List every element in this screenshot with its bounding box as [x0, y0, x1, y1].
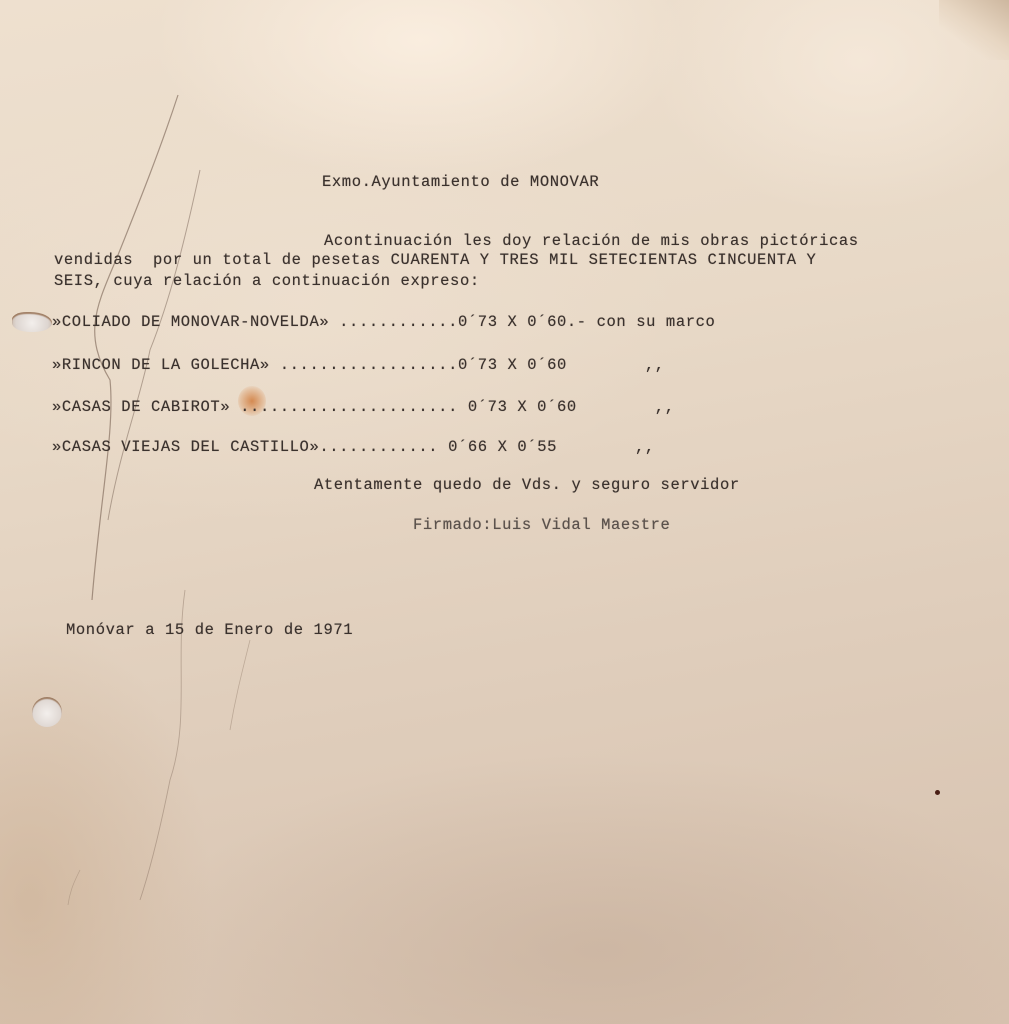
ditto-mark: ,, [635, 438, 655, 456]
paragraph-line-1: Acontinuación les doy relación de mis ob… [324, 232, 859, 250]
artwork-dimensions: 0´73 X 0´60.- con su marco [458, 313, 715, 331]
dot-leader: ............ [319, 438, 448, 456]
ditto-mark: ,, [645, 356, 665, 374]
paragraph-line-2: vendidas por un total de pesetas CUARENT… [54, 251, 816, 269]
artwork-title: »CASAS VIEJAS DEL CASTILLO» [52, 438, 319, 456]
closing-line: Atentamente quedo de Vds. y seguro servi… [314, 476, 740, 494]
artwork-title: »CASAS DE CABIROT» [52, 398, 230, 416]
artwork-list-item: »CASAS DE CABIROT» .....................… [52, 398, 675, 416]
artwork-list-item: »CASAS VIEJAS DEL CASTILLO»............ … [52, 438, 655, 456]
ditto-mark: ,, [655, 398, 675, 416]
signature-line: Firmado:Luis Vidal Maestre [413, 516, 670, 534]
paper-crease-lines [0, 0, 1009, 1024]
ink-speck [935, 790, 940, 795]
artwork-title: »COLIADO DE MONOVAR-NOVELDA» [52, 313, 329, 331]
artwork-list-item: »COLIADO DE MONOVAR-NOVELDA» ...........… [52, 313, 715, 331]
dot-leader: .................. [270, 356, 458, 374]
artwork-list-item: »RINCON DE LA GOLECHA» .................… [52, 356, 665, 374]
artwork-title: »RINCON DE LA GOLECHA» [52, 356, 270, 374]
artwork-dimensions: 0´73 X 0´60 [468, 398, 577, 416]
punch-hole-top [12, 312, 52, 332]
place-and-date: Monóvar a 15 de Enero de 1971 [66, 621, 353, 639]
dot-leader: ............ [329, 313, 458, 331]
typewritten-letter-page: Exmo.Ayuntamiento de MONOVAR Acontinuaci… [0, 0, 1009, 1024]
artwork-dimensions: 0´73 X 0´60 [458, 356, 567, 374]
punch-hole-bottom [32, 697, 62, 727]
letter-heading: Exmo.Ayuntamiento de MONOVAR [322, 173, 599, 191]
artwork-dimensions: 0´66 X 0´55 [448, 438, 557, 456]
dot-leader: ...................... [230, 398, 468, 416]
paragraph-line-3: SEIS, cuya relación a continuación expre… [54, 272, 480, 290]
